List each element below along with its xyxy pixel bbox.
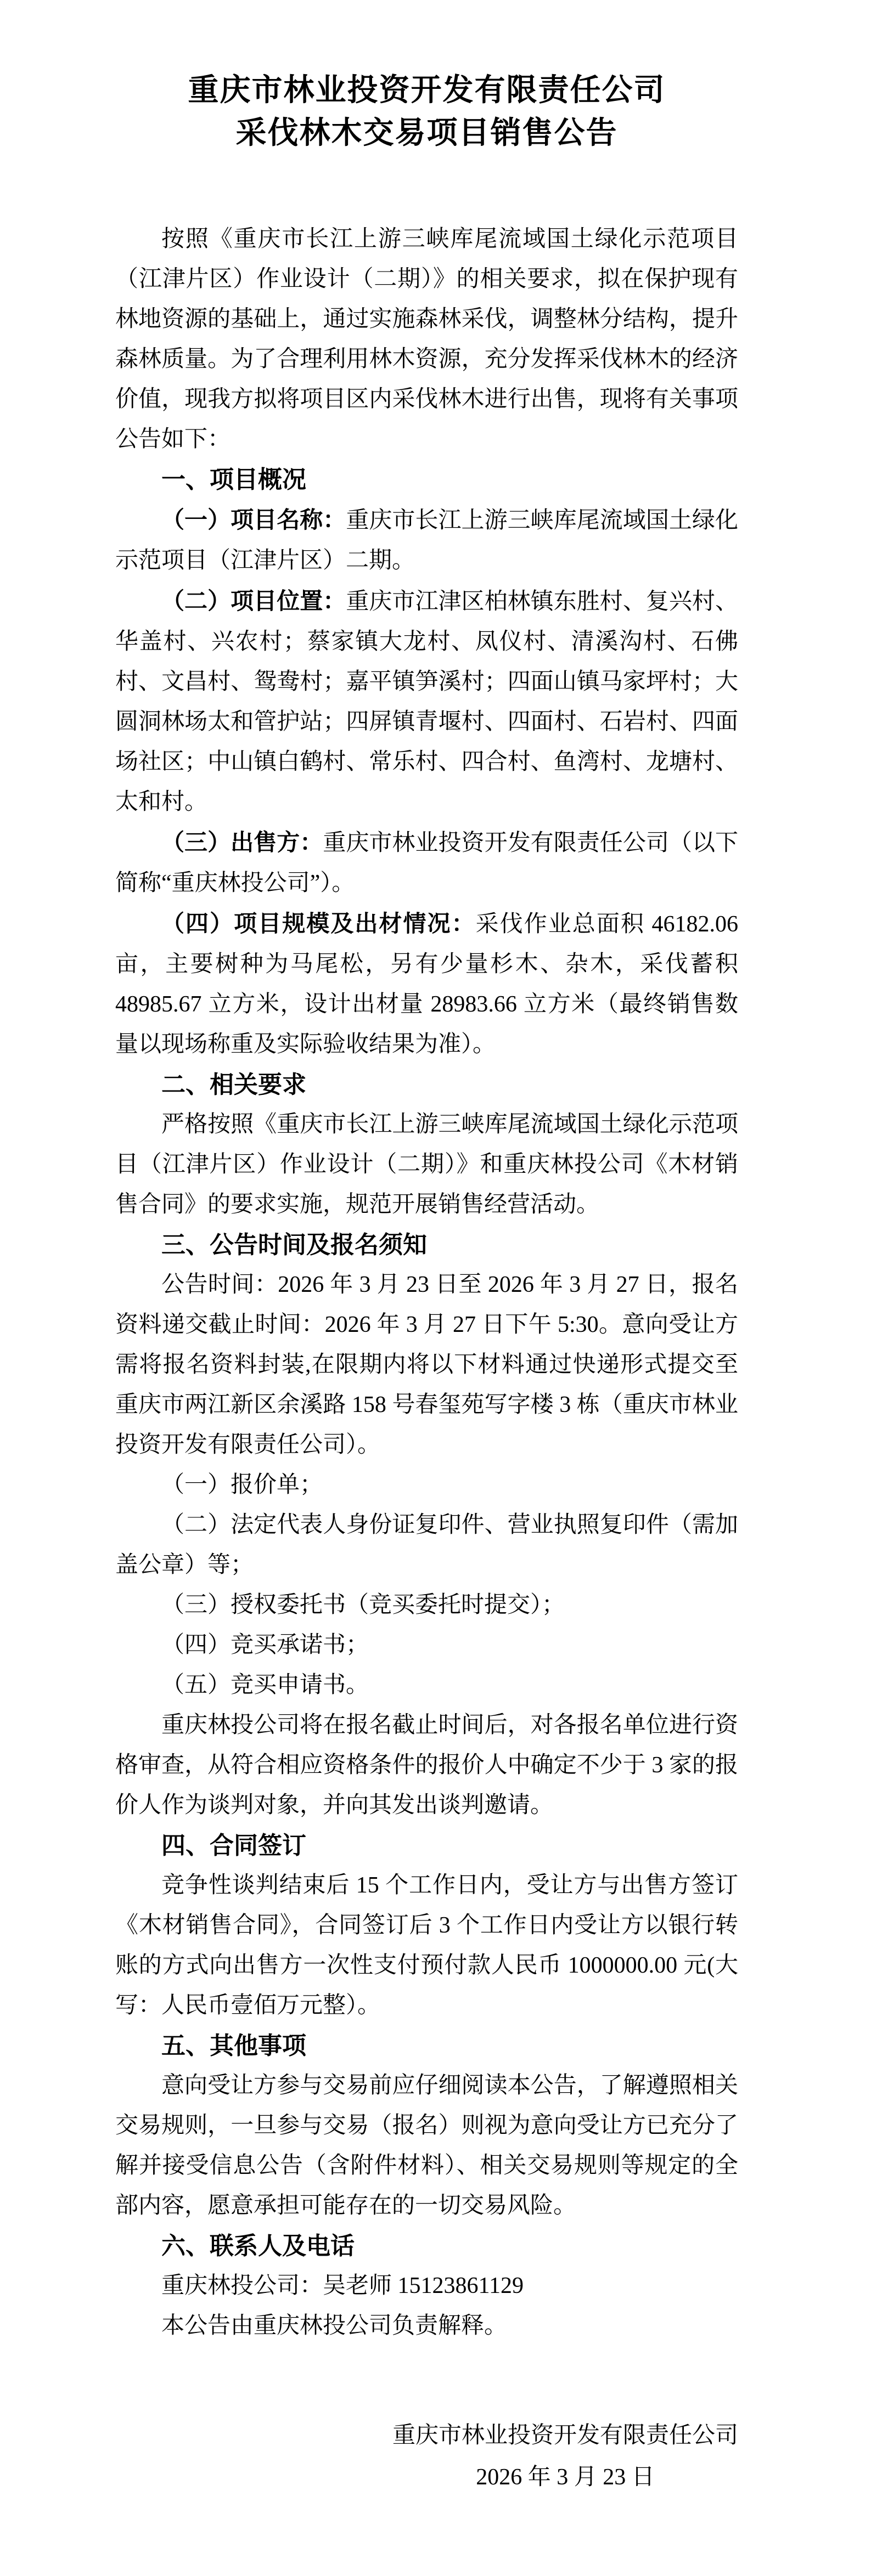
para-project-name-label: （一）项目名称： [161,507,346,533]
section-4-heading: 四、合同签订 [115,1826,738,1866]
para-authorization-letter: （三）授权委托书（竞买委托时提交）； [115,1585,738,1625]
para-qualification-review: 重庆林投公司将在报名截止时间后，对各报名单位进行资格审查，从符合相应资格条件的报… [115,1705,738,1826]
document-title: 重庆市林业投资开发有限责任公司 采伐林木交易项目销售公告 [115,69,738,155]
intro-paragraph: 按照《重庆市长江上游三峡库尾流域国土绿化示范项目（江津片区）作业设计（二期）》的… [115,219,738,460]
section-5-heading: 五、其他事项 [115,2026,738,2066]
para-contact-info: 重庆林投公司：吴老师 15123861129 [115,2266,738,2306]
para-project-location-text: 重庆市江津区柏林镇东胜村、复兴村、华盖村、兴农村；蔡家镇大龙村、凤仪村、清溪沟村… [115,589,738,815]
para-bid-application: （五）竞买申请书。 [115,1665,738,1705]
announcement-document-page: 重庆市林业投资开发有限责任公司 采伐林木交易项目销售公告 按照《重庆市长江上游三… [0,0,871,2576]
para-project-location: （二）项目位置：重庆市江津区柏林镇东胜村、复兴村、华盖村、兴农村；蔡家镇大龙村、… [115,581,738,822]
signature-block: 重庆市林业投资开发有限责任公司 2026 年 3 月 23 日 [392,2415,738,2498]
document-body: 按照《重庆市长江上游三峡库尾流域国土绿化示范项目（江津片区）作业设计（二期）》的… [115,219,738,2346]
para-quotation-sheet: （一）报价单； [115,1465,738,1505]
section-1-heading: 一、项目概况 [115,460,738,500]
section-6-heading: 六、联系人及电话 [115,2226,738,2266]
document-title-line-1: 重庆市林业投资开发有限责任公司 [115,69,738,112]
para-bid-commitment: （四）竞买承诺书； [115,1625,738,1665]
para-seller-label: （三）出售方： [161,829,323,855]
signature-company: 重庆市林业投资开发有限责任公司 [392,2415,738,2456]
para-contract-signing: 竞争性谈判结束后 15 个工作日内，受让方与出售方签订《木材销售合同》，合同签订… [115,1866,738,2026]
para-announcement-time: 公告时间：2026 年 3 月 23 日至 2026 年 3 月 27 日，报名… [115,1265,738,1465]
para-seller: （三）出售方：重庆市林业投资开发有限责任公司（以下简称“重庆林投公司”）。 [115,822,738,903]
section-2-heading: 二、相关要求 [115,1065,738,1105]
para-project-name: （一）项目名称：重庆市长江上游三峡库尾流域国土绿化示范项目（江津片区）二期。 [115,500,738,581]
signature-date: 2026 年 3 月 23 日 [392,2456,738,2498]
para-requirements: 严格按照《重庆市长江上游三峡库尾流域国土绿化示范项目（江津片区）作业设计（二期）… [115,1105,738,1225]
para-scale-output: （四）项目规模及出材情况：采伐作业总面积 46182.06 亩，主要树种为马尾松… [115,903,738,1065]
section-3-heading: 三、公告时间及报名须知 [115,1225,738,1265]
para-interpretation: 本公告由重庆林投公司负责解释。 [115,2306,738,2346]
para-id-and-license: （二）法定代表人身份证复印件、营业执照复印件（需加盖公章）等； [115,1505,738,1585]
document-title-line-2: 采伐林木交易项目销售公告 [115,112,738,155]
para-project-location-label: （二）项目位置： [161,588,346,614]
para-other-matters: 意向受让方参与交易前应仔细阅读本公告，了解遵照相关交易规则，一旦参与交易（报名）… [115,2066,738,2226]
para-scale-output-label: （四）项目规模及出材情况： [161,911,476,936]
